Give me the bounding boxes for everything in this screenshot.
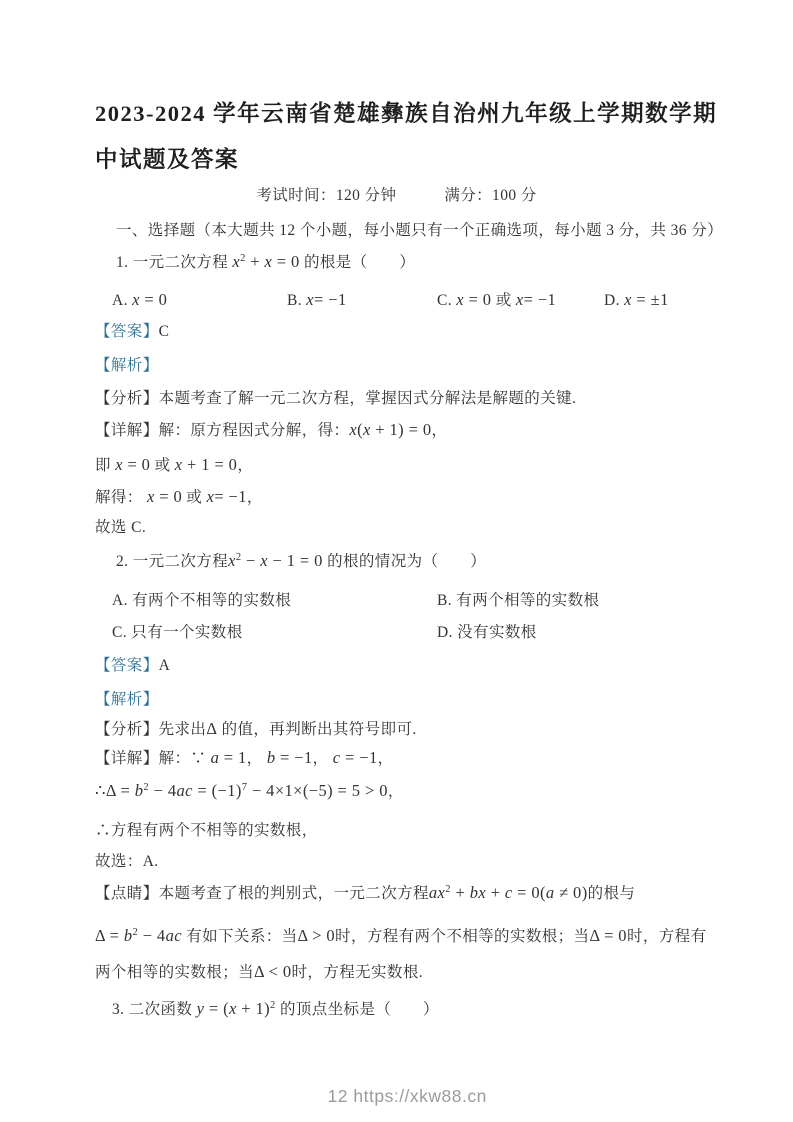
q2-analysis-line: 【分析】先求出Δ 的值，再判断出其符号即可.: [95, 719, 417, 740]
full-score-label: 满分：100 分: [444, 186, 536, 205]
q2-detail-line: 【详解】解：∵ a = 1， b = −1， c = −1，: [95, 748, 394, 769]
q2-delta-line: ∴Δ = b2 − 4ac = (−1)7 − 4×1×(−5) = 5 > 0…: [95, 781, 404, 802]
q1-conclusion-line: 故选 C.: [95, 518, 146, 537]
q1-analysis-line: 【分析】本题考查了解一元二次方程，掌握因式分解法是解题的关键.: [95, 389, 576, 408]
footer-page-number-and-url: 12 https://xkw88.cn: [328, 1086, 487, 1106]
q2-remark-line2: Δ = b2 − 4ac 有如下关系：当Δ > 0时，方程有两个不相等的实数根；…: [95, 926, 706, 947]
q1-option-d: D. x = ±1: [604, 290, 669, 311]
q1-analysis-header: 【解析】: [95, 356, 159, 375]
q2-option-b: B. 有两个相等的实数根: [437, 591, 599, 610]
q1-step2-line: 解得： x = 0 或 x= −1，: [95, 487, 263, 508]
q2-option-a: A. 有两个不相等的实数根: [112, 591, 291, 610]
exam-time-label: 考试时间：120 分钟: [256, 186, 396, 205]
q2-option-d: D. 没有实数根: [437, 623, 537, 642]
q3-stem: 3. 二次函数 y = (x + 1)2 的顶点坐标是（ ）: [112, 999, 439, 1020]
q2-conclusion2-line: 故选：A.: [95, 852, 159, 871]
q1-stem: 1. 一元二次方程 x2 + x = 0 的根是（ ）: [116, 252, 415, 273]
q1-option-c: C. x = 0 或 x= −1: [437, 290, 556, 311]
exam-info-row: 考试时间：120 分钟 满分：100 分: [0, 186, 793, 205]
page-footer: 12 https://xkw88.cn: [0, 1064, 793, 1122]
q1-detail-line: 【详解】解：原方程因式分解，得：x(x + 1) = 0，: [95, 420, 447, 441]
q1-answer-line: 【答案】C: [95, 322, 169, 341]
q2-analysis-header: 【解析】: [95, 690, 159, 709]
q1-option-a: A. x = 0: [112, 290, 167, 311]
q2-stem: 2. 一元二次方程x2 − x − 1 = 0 的根的情况为（ ）: [116, 551, 486, 572]
exam-document-page: 2023-2024 学年云南省楚雄彝族自治州九年级上学期数学期 中试题及答案 考…: [0, 0, 793, 1122]
q1-step1-line: 即 x = 0 或 x + 1 = 0，: [95, 455, 253, 476]
q1-option-b: B. x= −1: [287, 290, 347, 311]
section-heading: 一、选择题（本大题共 12 个小题，每小题只有一个正确选项，每小题 3 分，共 …: [116, 221, 723, 240]
q2-option-c: C. 只有一个实数根: [112, 623, 243, 642]
exam-title-line2: 中试题及答案: [95, 146, 239, 174]
q2-answer-line: 【答案】A: [95, 656, 170, 675]
exam-title-line1: 2023-2024 学年云南省楚雄彝族自治州九年级上学期数学期: [95, 100, 717, 128]
q2-remark-line1: 【点睛】本题考查了根的判别式，一元二次方程ax2 + bx + c = 0(a …: [95, 883, 635, 904]
q2-remark-line3: 两个相等的实数根；当Δ < 0时，方程无实数根.: [95, 962, 423, 983]
q2-conclusion1-line: ∴方程有两个不相等的实数根，: [95, 821, 318, 840]
